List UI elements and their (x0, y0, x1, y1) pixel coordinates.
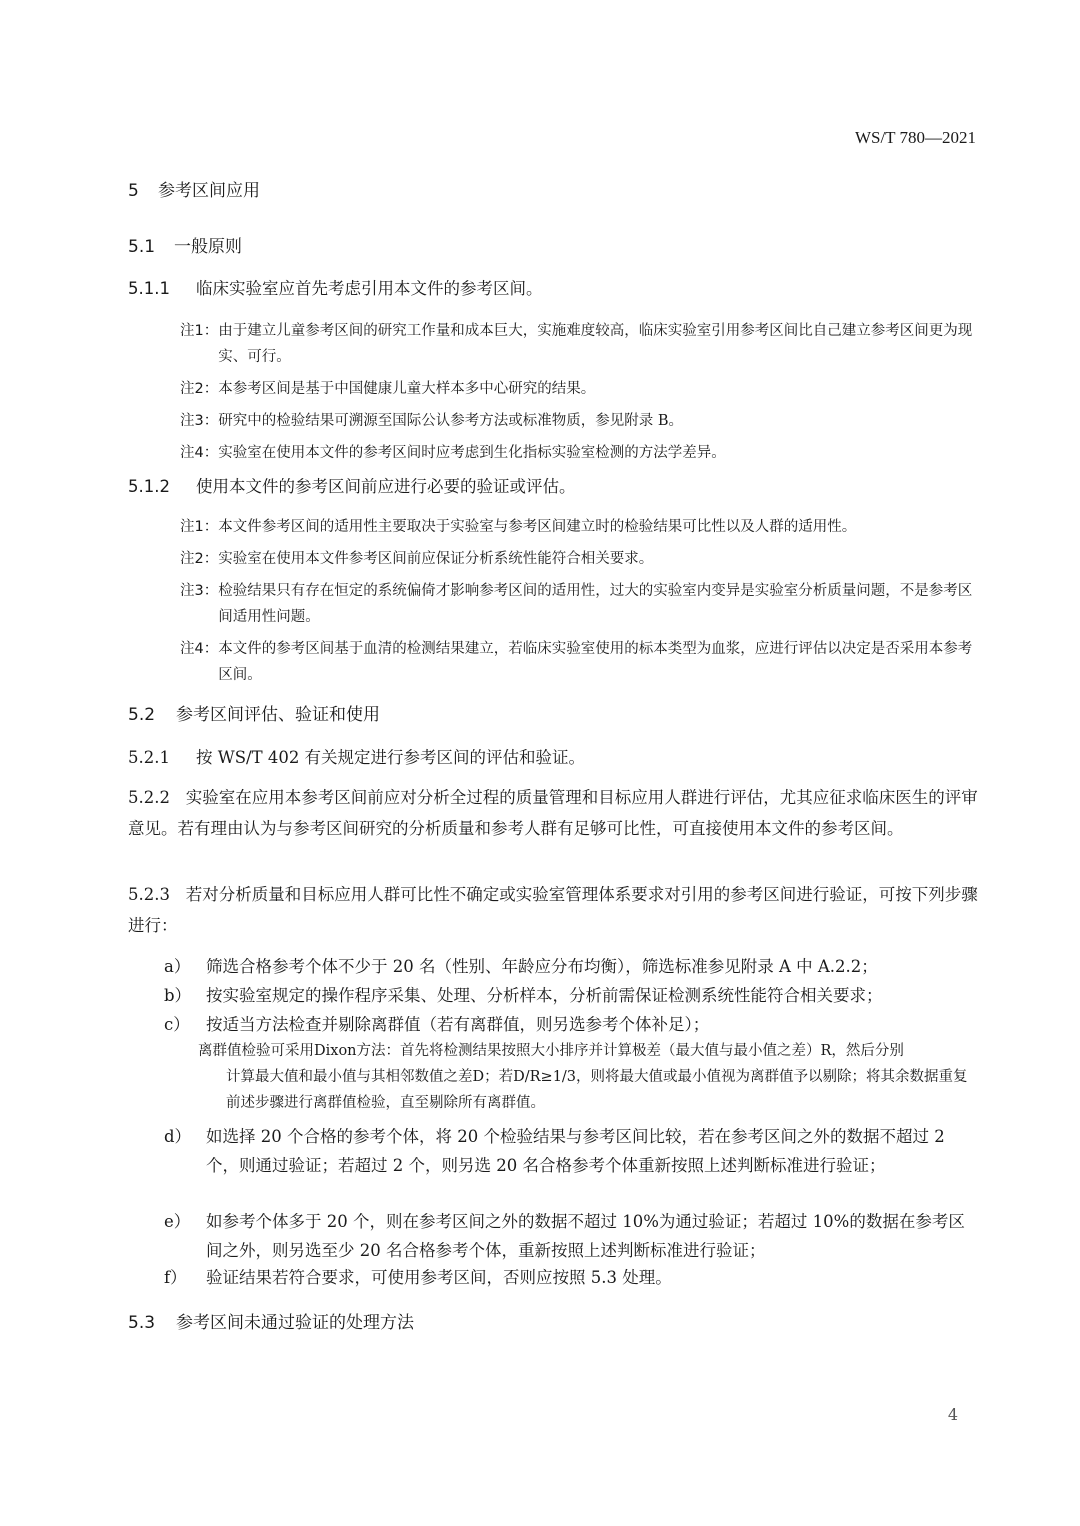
step-text: 验证结果若符合要求，可使用参考区间，否则应按照 5.3 处理。 (206, 1264, 980, 1292)
clause-5-2-2: 5.2.2 实验室在应用本参考区间前应对分析全过程的质量管理和目标应用人群进行评… (128, 782, 978, 844)
clause-number: 5.2.1 (128, 748, 196, 767)
section-number: 5.3 (128, 1313, 176, 1333)
note-item: 注3： 检验结果只有存在恒定的系统偏倚才影响参考区间的适用性，过大的实验室内变异… (180, 578, 980, 630)
step-f: f） 验证结果若符合要求，可使用参考区间，否则应按照 5.3 处理。 (164, 1264, 980, 1292)
dixon-note-continuation: 计算最大值和最小值与其相邻数值之差D；若D/R≥1/3，则将最大值或最小值视为离… (198, 1064, 978, 1116)
step-marker: d） (164, 1122, 206, 1180)
clause-5-2-3: 5.2.3 若对分析质量和目标应用人群可比性不确定或实验室管理体系要求对引用的参… (128, 879, 978, 941)
step-b: b） 按实验室规定的操作程序采集、处理、分析样本，分析前需保证检测系统性能符合相… (164, 982, 980, 1010)
clause-text: 实验室在应用本参考区间前应对分析全过程的质量管理和目标应用人群进行评估，尤其应征… (128, 788, 978, 838)
note-item: 注3： 研究中的检验结果可溯源至国际公认参考方法或标准物质，参见附录 B。 (180, 408, 980, 434)
clause-5-1-1: 5.1.1临床实验室应首先考虑引用本文件的参考区间。 (128, 275, 543, 299)
dixon-note-first-line: 离群值检验可采用Dixon方法：首先将检测结果按照大小排序并计算极差（最大值与最… (198, 1043, 904, 1059)
note-text: 检验结果只有存在恒定的系统偏倚才影响参考区间的适用性，过大的实验室内变异是实验室… (218, 578, 980, 630)
clause-text: 按 WS/T 402 有关规定进行参考区间的评估和验证。 (196, 748, 585, 767)
step-e: e） 如参考个体多于 20 个，则在参考区间之外的数据不超过 10%为通过验证；… (164, 1207, 980, 1265)
section-title: 参考区间未通过验证的处理方法 (176, 1313, 414, 1333)
section-5-2-heading: 5.2参考区间评估、验证和使用 (128, 700, 380, 725)
clause-number: 5.1.1 (128, 279, 196, 298)
note-item: 注1： 由于建立儿童参考区间的研究工作量和成本巨大，实施难度较高，临床实验室引用… (180, 318, 980, 370)
step-marker: f） (164, 1264, 206, 1292)
clause-number: 5.1.2 (128, 477, 196, 496)
clause-5-2-1: 5.2.1按 WS/T 402 有关规定进行参考区间的评估和验证。 (128, 744, 585, 768)
note-label: 注2： (180, 546, 218, 572)
section-number: 5 (128, 181, 158, 201)
document-page: WS/T 780—2021 5参考区间应用 5.1一般原则 5.1.1临床实验室… (0, 0, 1080, 1526)
step-text: 如选择 20 个合格的参考个体，将 20 个检验结果与参考区间比较，若在参考区间… (206, 1122, 980, 1180)
step-text: 按适当方法检查并剔除离群值（若有离群值，则另选参考个体补足）； (206, 1011, 980, 1039)
note-label: 注3： (180, 408, 218, 434)
note-item: 注2： 本参考区间是基于中国健康儿童大样本多中心研究的结果。 (180, 376, 980, 402)
note-text: 本参考区间是基于中国健康儿童大样本多中心研究的结果。 (218, 376, 980, 402)
note-label: 注4： (180, 636, 218, 688)
note-item: 注1： 本文件参考区间的适用性主要取决于实验室与参考区间建立时的检验结果可比性以… (180, 514, 980, 540)
section-5-heading: 5参考区间应用 (128, 176, 260, 201)
section-5-3-heading: 5.3参考区间未通过验证的处理方法 (128, 1308, 414, 1333)
note-text: 由于建立儿童参考区间的研究工作量和成本巨大，实施难度较高，临床实验室引用参考区间… (218, 318, 980, 370)
step-marker: e） (164, 1207, 206, 1265)
note-text: 本文件的参考区间基于血清的检测结果建立，若临床实验室使用的标本类型为血浆，应进行… (218, 636, 980, 688)
step-marker: a） (164, 953, 206, 981)
dixon-method-note: 离群值检验可采用Dixon方法：首先将检测结果按照大小排序并计算极差（最大值与最… (198, 1038, 978, 1116)
step-c: c） 按适当方法检查并剔除离群值（若有离群值，则另选参考个体补足）； (164, 1011, 980, 1039)
step-text: 按实验室规定的操作程序采集、处理、分析样本，分析前需保证检测系统性能符合相关要求… (206, 982, 980, 1010)
page-number: 4 (948, 1405, 958, 1424)
note-label: 注3： (180, 578, 218, 630)
note-text: 实验室在使用本文件的参考区间时应考虑到生化指标实验室检测的方法学差异。 (218, 440, 980, 466)
clause-text: 使用本文件的参考区间前应进行必要的验证或评估。 (196, 477, 576, 496)
step-text: 如参考个体多于 20 个，则在参考区间之外的数据不超过 10%为通过验证；若超过… (206, 1207, 980, 1265)
clause-number: 5.2.2 (128, 788, 170, 807)
note-text: 研究中的检验结果可溯源至国际公认参考方法或标准物质，参见附录 B。 (218, 408, 980, 434)
step-d: d） 如选择 20 个合格的参考个体，将 20 个检验结果与参考区间比较，若在参… (164, 1122, 980, 1180)
note-text: 本文件参考区间的适用性主要取决于实验室与参考区间建立时的检验结果可比性以及人群的… (218, 514, 980, 540)
section-title: 参考区间评估、验证和使用 (176, 705, 380, 725)
note-text: 实验室在使用本文件参考区间前应保证分析系统性能符合相关要求。 (218, 546, 980, 572)
note-item: 注4： 实验室在使用本文件的参考区间时应考虑到生化指标实验室检测的方法学差异。 (180, 440, 980, 466)
clause-text: 若对分析质量和目标应用人群可比性不确定或实验室管理体系要求对引用的参考区间进行验… (128, 885, 978, 935)
section-title: 参考区间应用 (158, 181, 260, 201)
step-marker: b） (164, 982, 206, 1010)
note-label: 注4： (180, 440, 218, 466)
clause-text: 临床实验室应首先考虑引用本文件的参考区间。 (196, 279, 543, 298)
section-5-1-heading: 5.1一般原则 (128, 232, 242, 257)
step-a: a） 筛选合格参考个体不少于 20 名（性别、年龄应分布均衡），筛选标准参见附录… (164, 953, 980, 981)
clause-number: 5.2.3 (128, 885, 170, 904)
standard-code: WS/T 780—2021 (855, 128, 976, 148)
note-label: 注1： (180, 318, 218, 370)
note-label: 注1： (180, 514, 218, 540)
note-label: 注2： (180, 376, 218, 402)
note-item: 注2： 实验室在使用本文件参考区间前应保证分析系统性能符合相关要求。 (180, 546, 980, 572)
clause-5-1-2: 5.1.2使用本文件的参考区间前应进行必要的验证或评估。 (128, 473, 576, 497)
note-item: 注4： 本文件的参考区间基于血清的检测结果建立，若临床实验室使用的标本类型为血浆… (180, 636, 980, 688)
section-number: 5.2 (128, 705, 176, 725)
step-marker: c） (164, 1011, 206, 1039)
clause-5-1-2-notes: 注1： 本文件参考区间的适用性主要取决于实验室与参考区间建立时的检验结果可比性以… (180, 514, 980, 694)
clause-5-1-1-notes: 注1： 由于建立儿童参考区间的研究工作量和成本巨大，实施难度较高，临床实验室引用… (180, 318, 980, 472)
section-title: 一般原则 (174, 237, 242, 257)
section-number: 5.1 (128, 237, 174, 257)
step-text: 筛选合格参考个体不少于 20 名（性别、年龄应分布均衡），筛选标准参见附录 A … (206, 953, 980, 981)
